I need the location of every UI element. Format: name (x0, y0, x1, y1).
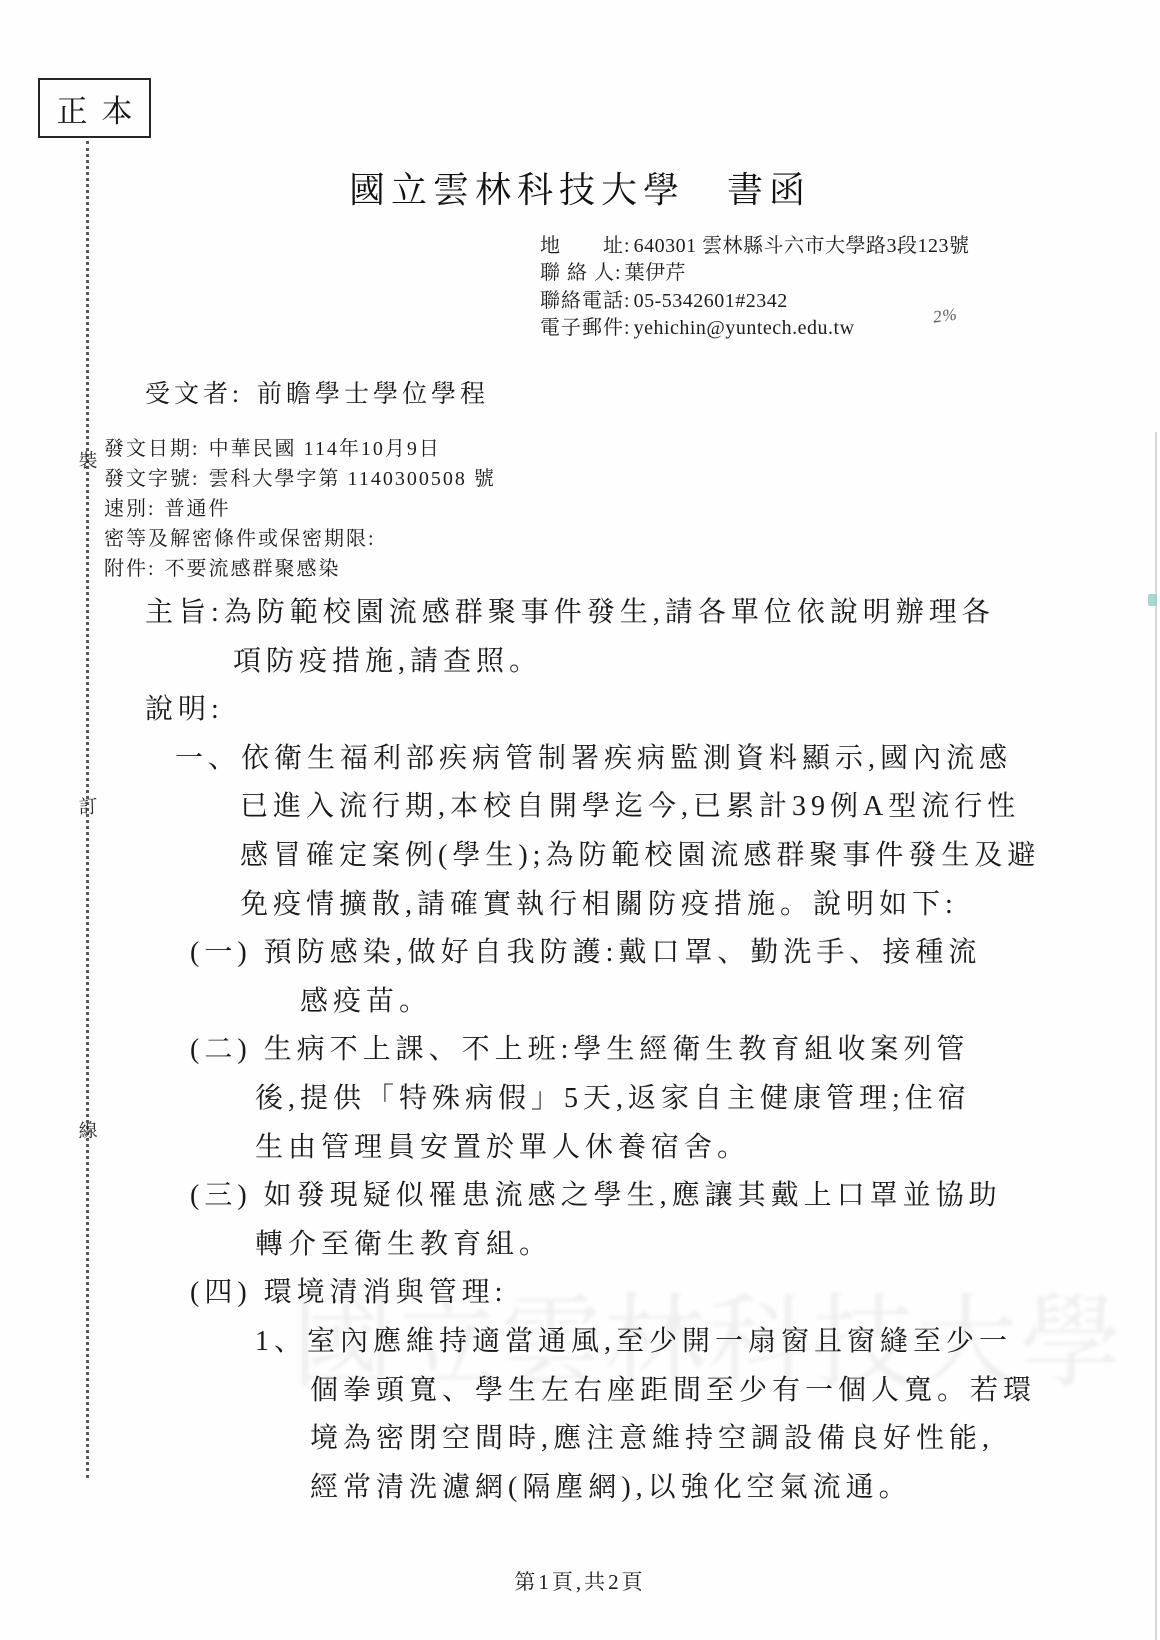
binding-mark-xian: 線 (73, 1115, 104, 1143)
body-line: 後,提供「特殊病假」5天,返家自主健康管理;住宿 (145, 1075, 1105, 1124)
meta-row-attachment: 附件:不要流感群聚感染 (104, 554, 496, 584)
body-line: (四) 環境清消與管理: (145, 1269, 1105, 1318)
body-line: 個拳頭寬、學生左右座距間至少有一個人寬。若環 (145, 1367, 1105, 1416)
contact-value: 640301 雲林縣斗六市大學路3段123號 (634, 235, 970, 257)
recipient-label: 受文者: (145, 381, 243, 408)
binding-mark-zhuang: 裝 (73, 445, 104, 473)
meta-value: 普通件 (165, 498, 231, 520)
body-line: 感冒確定案例(學生);為防範校園流感群聚事件發生及避 (145, 832, 1105, 881)
contact-row-email: 電子郵件:yehichin@yuntech.edu.tw (540, 315, 970, 342)
meta-label: 發文日期: (104, 438, 200, 460)
contact-label: 聯 絡 人: (540, 262, 622, 284)
body-line: (二) 生病不上課、不上班:學生經衛生教育組收案列管 (145, 1026, 1105, 1075)
contact-label: 地 址: (540, 235, 631, 257)
contact-row-address: 地 址:640301 雲林縣斗六市大學路3段123號 (540, 233, 970, 260)
binding-mark-ding: 訂 (73, 791, 104, 819)
meta-value: 中華民國 114年10月9日 (209, 438, 441, 460)
meta-label: 發文字號: (104, 468, 200, 490)
copy-stamp-label: 正本 (57, 86, 147, 131)
page-footer: 第1頁,共2頁 (0, 1566, 1160, 1596)
body-line: 境為密閉空間時,應注意維持空調設備良好性能, (145, 1415, 1105, 1464)
subject-line: 項防疫措施,請查照。 (145, 638, 1105, 687)
body-line: (一) 預防感染,做好自我防護:戴口罩、勤洗手、接種流 (145, 929, 1105, 978)
meta-row-speed: 速別:普通件 (104, 494, 496, 524)
body-line: 一、依衛生福利部疾病管制署疾病監測資料顯示,國內流感 (145, 735, 1105, 784)
contact-block: 地 址:640301 雲林縣斗六市大學路3段123號 聯 絡 人:葉伊芹 聯絡電… (540, 233, 970, 343)
body-line: 轉介至衛生教育組。 (145, 1221, 1105, 1270)
body-line: (三) 如發現疑似罹患流感之學生,應讓其戴上口罩並協助 (145, 1172, 1105, 1221)
meta-value: 不要流感群聚感染 (165, 558, 341, 580)
contact-value: yehichin@yuntech.edu.tw (634, 317, 855, 339)
meta-label: 速別: (104, 498, 156, 520)
scanned-document-page: 正本 裝 訂 線 國立雲林科技大學 書函 地 址:640301 雲林縣斗六市大學… (0, 0, 1160, 1640)
meta-row-number: 發文字號:雲科大學字第 1140300508 號 (104, 464, 496, 494)
subject-line: 主旨:為防範校園流感群聚事件發生,請各單位依說明辦理各 (145, 589, 1105, 638)
meta-label: 密等及解密條件或保密期限: (104, 528, 376, 550)
scan-edge-line (1155, 432, 1157, 1640)
document-title: 國立雲林科技大學 書函 (0, 162, 1160, 213)
scan-teal-mark (1148, 594, 1157, 606)
body-line: 免疫情擴散,請確實執行相關防疫措施。說明如下: (145, 881, 1105, 930)
contact-value: 葉伊芹 (625, 262, 687, 284)
contact-row-person: 聯 絡 人:葉伊芹 (540, 260, 970, 287)
meta-row-security: 密等及解密條件或保密期限: (104, 524, 496, 554)
copy-stamp: 正本 (38, 78, 151, 138)
section-heading: 說明: (145, 686, 1105, 735)
body-line: 生由管理員安置於單人休養宿舍。 (145, 1124, 1105, 1173)
recipient-line: 受文者:前瞻學士學位學程 (145, 374, 489, 410)
contact-label: 電子郵件: (540, 317, 631, 339)
contact-label: 聯絡電話: (540, 290, 631, 312)
body-line: 經常清洗濾網(隔塵網),以強化空氣流通。 (145, 1464, 1105, 1513)
body-line: 已進入流行期,本校自開學迄今,已累計39例A型流行性 (145, 783, 1105, 832)
meta-label: 附件: (104, 558, 156, 580)
body-line: 1、室內應維持適當通風,至少開一扇窗且窗縫至少一 (145, 1318, 1105, 1367)
contact-value: 05-5342601#2342 (634, 290, 788, 312)
contact-row-phone: 聯絡電話:05-5342601#2342 (540, 288, 970, 315)
meta-row-date: 發文日期:中華民國 114年10月9日 (104, 434, 496, 464)
meta-block: 發文日期:中華民國 114年10月9日 發文字號:雲科大學字第 11403005… (104, 434, 496, 584)
body-line: 感疫苗。 (145, 978, 1105, 1027)
document-body: 主旨:為防範校園流感群聚事件發生,請各單位依說明辦理各 項防疫措施,請查照。 說… (145, 589, 1105, 1512)
meta-value: 雲科大學字第 1140300508 號 (209, 468, 496, 490)
handwritten-note: 2% (932, 304, 959, 327)
recipient-value: 前瞻學士學位學程 (257, 381, 489, 408)
